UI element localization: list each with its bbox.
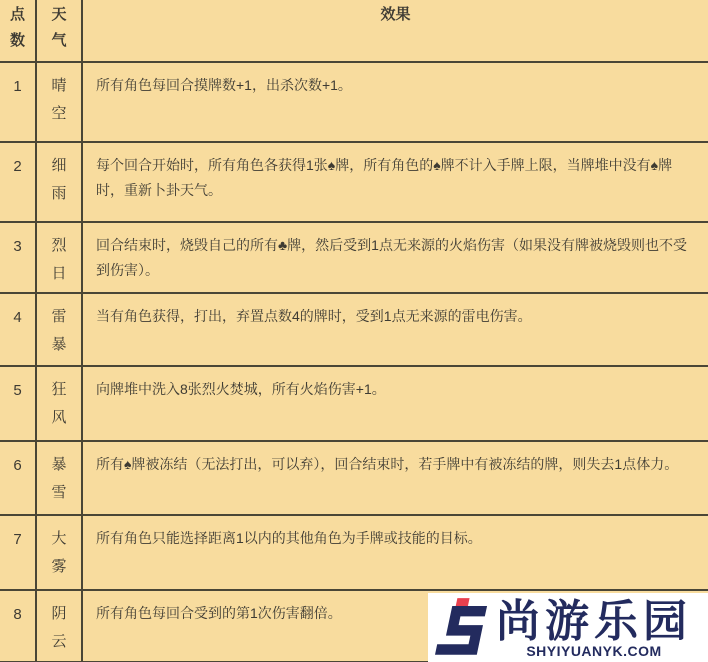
weather-cell: 细雨 bbox=[36, 142, 82, 222]
points-cell: 2 bbox=[0, 142, 36, 222]
effect-cell: 当有角色获得，打出，弃置点数4的牌时，受到1点无来源的雷电伤害。 bbox=[82, 293, 708, 366]
points-cell: 6 bbox=[0, 441, 36, 515]
rules-table-page: 点数 天气 效果 1 晴空 所有角色每回合摸牌数+1，出杀次数+1。 2 细雨 … bbox=[0, 0, 708, 662]
weather-effects-table: 点数 天气 效果 1 晴空 所有角色每回合摸牌数+1，出杀次数+1。 2 细雨 … bbox=[0, 0, 708, 662]
table-header-row: 点数 天气 效果 bbox=[0, 0, 708, 62]
table-row: 6 暴雪 所有♠牌被冻结（无法打出，可以弃），回合结束时，若手牌中有被冻结的牌，… bbox=[0, 441, 708, 515]
table-row: 2 细雨 每个回合开始时，所有角色各获得1张♠牌，所有角色的♠牌不计入手牌上限，… bbox=[0, 142, 708, 222]
points-cell: 8 bbox=[0, 590, 36, 662]
table-row: 4 雷暴 当有角色获得，打出，弃置点数4的牌时，受到1点无来源的雷电伤害。 bbox=[0, 293, 708, 366]
weather-cell: 雷暴 bbox=[36, 293, 82, 366]
effect-cell: 所有角色每回合摸牌数+1，出杀次数+1。 bbox=[82, 62, 708, 142]
points-cell: 5 bbox=[0, 366, 36, 441]
column-header-weather: 天气 bbox=[36, 0, 82, 62]
table-row: 3 烈日 回合结束时，烧毁自己的所有♣牌，然后受到1点无来源的火焰伤害（如果没有… bbox=[0, 222, 708, 293]
effect-cell: 所有♠牌被冻结（无法打出，可以弃），回合结束时，若手牌中有被冻结的牌，则失去1点… bbox=[82, 441, 708, 515]
effect-cell: 每个回合开始时，所有角色各获得1张♠牌，所有角色的♠牌不计入手牌上限，当牌堆中没… bbox=[82, 142, 708, 222]
watermark-brand-name: 尚游乐园 bbox=[496, 599, 692, 644]
points-cell: 7 bbox=[0, 515, 36, 590]
effect-cell: 回合结束时，烧毁自己的所有♣牌，然后受到1点无来源的火焰伤害（如果没有牌被烧毁则… bbox=[82, 222, 708, 293]
weather-cell: 暴雪 bbox=[36, 441, 82, 515]
watermark-text: 尚游乐园 SHYIYUANYK.COM bbox=[496, 599, 692, 658]
table-row: 7 大雾 所有角色只能选择距离1以内的其他角色为手牌或技能的目标。 bbox=[0, 515, 708, 590]
weather-cell: 晴空 bbox=[36, 62, 82, 142]
table-row: 5 狂风 向牌堆中洗入8张烈火焚城，所有火焰伤害+1。 bbox=[0, 366, 708, 441]
points-cell: 4 bbox=[0, 293, 36, 366]
effect-cell: 所有角色只能选择距离1以内的其他角色为手牌或技能的目标。 bbox=[82, 515, 708, 590]
effect-cell: 向牌堆中洗入8张烈火焚城，所有火焰伤害+1。 bbox=[82, 366, 708, 441]
weather-cell: 狂风 bbox=[36, 366, 82, 441]
watermark-site-url: SHYIYUANYK.COM bbox=[526, 644, 661, 658]
weather-cell: 烈日 bbox=[36, 222, 82, 293]
stylized-s-logo-icon bbox=[435, 597, 489, 660]
weather-cell: 大雾 bbox=[36, 515, 82, 590]
weather-cell: 阴云 bbox=[36, 590, 82, 662]
column-header-points: 点数 bbox=[0, 0, 36, 62]
points-cell: 1 bbox=[0, 62, 36, 142]
table-row: 1 晴空 所有角色每回合摸牌数+1，出杀次数+1。 bbox=[0, 62, 708, 142]
points-cell: 3 bbox=[0, 222, 36, 293]
watermark-banner: 尚游乐园 SHYIYUANYK.COM bbox=[428, 593, 708, 662]
column-header-effect: 效果 bbox=[82, 0, 708, 62]
